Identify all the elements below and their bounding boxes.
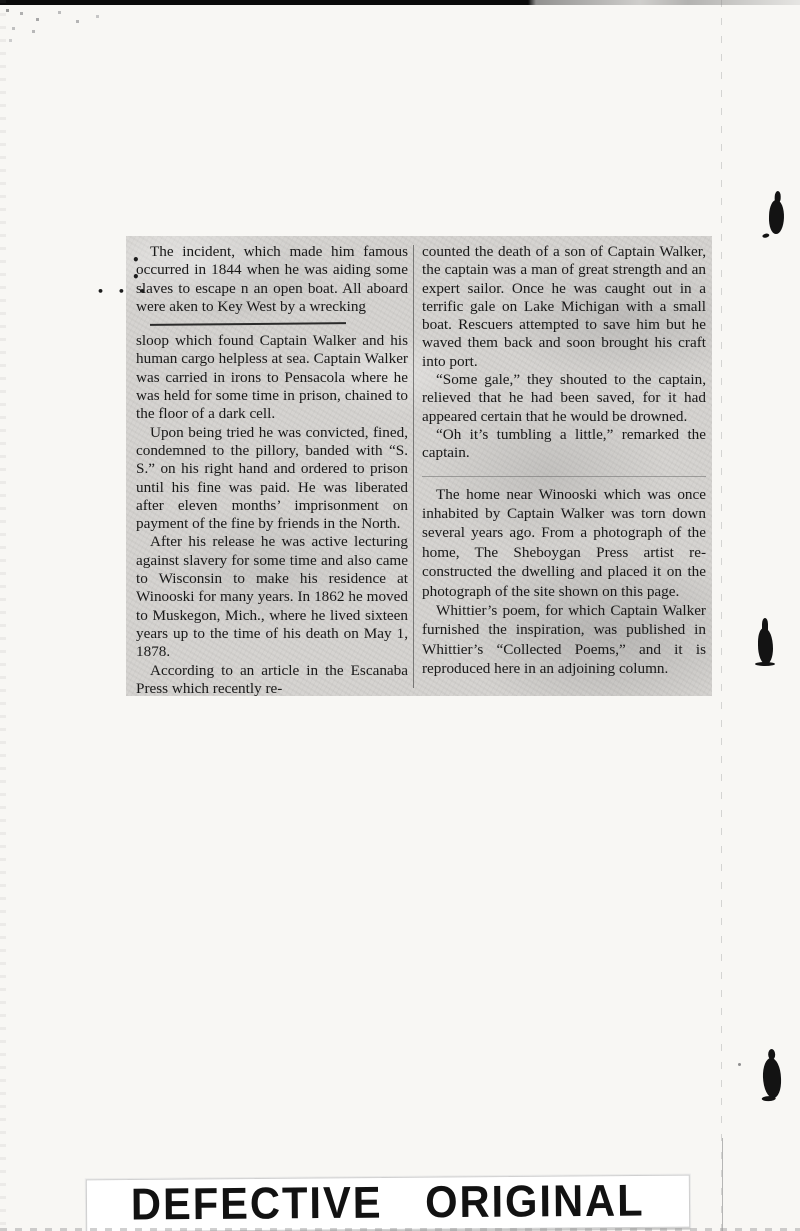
scanned-page: The incident, which made him famous occu… — [0, 0, 800, 1231]
article-paragraph: counted the death of a son of Captain Wa… — [422, 243, 706, 371]
ink-speck — [738, 1063, 741, 1066]
article-paragraph: The incident, which made him famous occu… — [136, 243, 408, 316]
scan-mark-dots: • • • — [97, 285, 151, 298]
article-paragraph: The home near Winooski which was once in… — [422, 485, 706, 601]
article-column-left: The incident, which made him famous occu… — [136, 243, 408, 690]
article-paragraph: Upon being tried he was convicted, fined… — [136, 424, 408, 534]
article-paragraph: “Oh it’s tumbling a little,” remarked th… — [422, 426, 706, 463]
scan-speckle-top-left — [6, 9, 9, 12]
column-rule — [150, 322, 346, 326]
ink-blob — [768, 200, 784, 235]
article-paragraph: After his release he was active lecturin… — [136, 533, 408, 661]
article-column-right: counted the death of a son of Captain Wa… — [418, 243, 706, 690]
clipping-second-piece: The home near Winooski which was once in… — [422, 476, 706, 679]
scan-mark-dot: • — [132, 253, 140, 267]
scan-left-edge-noise — [0, 0, 6, 1231]
stamp-text: DEFECTIVE ORIGINAL — [131, 1176, 645, 1231]
newspaper-clipping: The incident, which made him famous occu… — [126, 236, 712, 696]
scan-vertical-fold-line-bottom — [722, 1138, 723, 1231]
column-divider-rule — [413, 245, 414, 688]
scan-top-edge-bar — [0, 0, 800, 5]
article-paragraph: Whittier’s poem, for which Captain Walke… — [422, 601, 706, 679]
scan-vertical-fold-line — [721, 0, 722, 1231]
article-paragraph: According to an article in the Escanaba … — [136, 662, 408, 699]
ink-blob — [762, 1058, 781, 1099]
article-paragraph: sloop which found Captain Walker and his… — [136, 332, 408, 423]
defective-original-stamp: DEFECTIVE ORIGINAL — [86, 1175, 690, 1231]
scan-mark-dot: • — [132, 270, 140, 284]
article-paragraph: “Some gale,” they shouted to the captain… — [422, 371, 706, 426]
ink-blob — [758, 628, 773, 664]
